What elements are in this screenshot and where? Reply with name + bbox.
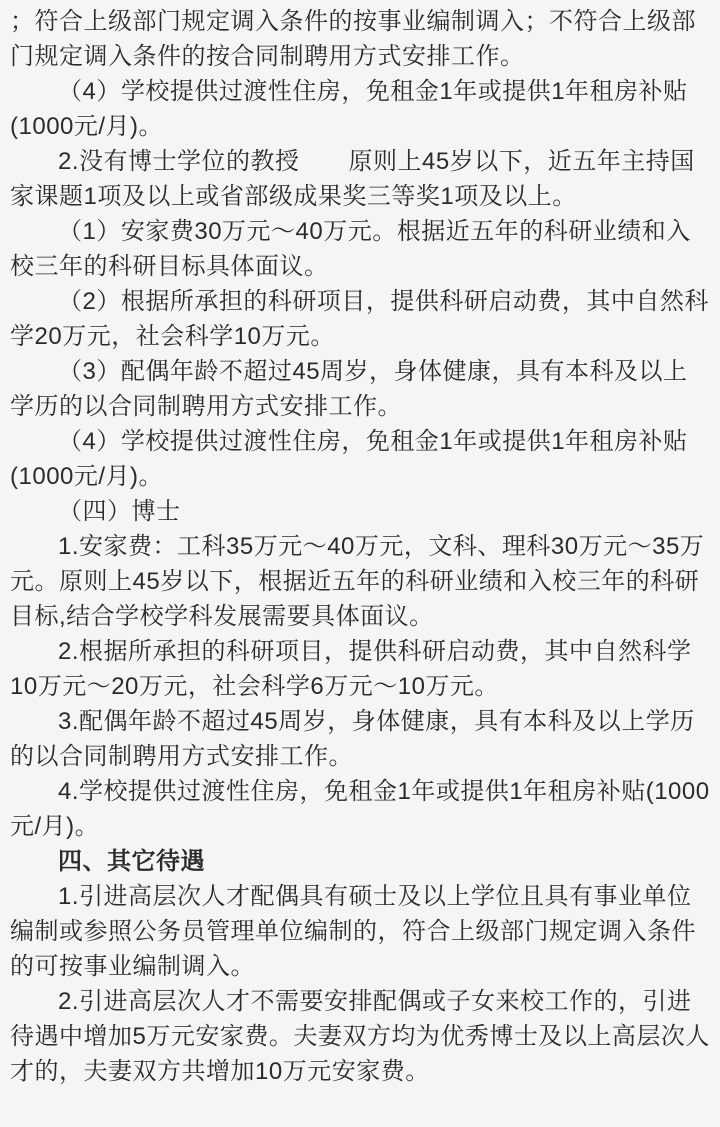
paragraph: 2.没有博士学位的教授 原则上45岁以下，近五年主持国家课题1项及以上或省部级成…	[10, 144, 710, 214]
paragraph: （4）学校提供过渡性住房，免租金1年或提供1年租房补贴(1000元/月)。	[10, 424, 710, 494]
document-body: ；符合上级部门规定调入条件的按事业编制调入；不符合上级部门规定调入条件的按合同制…	[10, 4, 710, 1089]
paragraph: 1.安家费：工科35万元～40万元，文科、理科30万元～35万元。原则上45岁以…	[10, 529, 710, 634]
sub-heading: （四）博士	[10, 494, 710, 529]
paragraph: （1）安家费30万元～40万元。根据近五年的科研业绩和入校三年的科研目标具体面议…	[10, 214, 710, 284]
paragraph: 1.引进高层次人才配偶具有硕士及以上学位且具有事业单位编制或参照公务员管理单位编…	[10, 879, 710, 984]
document-page: ；符合上级部门规定调入条件的按事业编制调入；不符合上级部门规定调入条件的按合同制…	[0, 0, 720, 1127]
paragraph: （2）根据所承担的科研项目，提供科研启动费，其中自然科学20万元，社会科学10万…	[10, 284, 710, 354]
paragraph: （4）学校提供过渡性住房，免租金1年或提供1年租房补贴(1000元/月)。	[10, 74, 710, 144]
paragraph: 2.引进高层次人才不需要安排配偶或子女来校工作的，引进待遇中增加5万元安家费。夫…	[10, 984, 710, 1089]
paragraph: 4.学校提供过渡性住房，免租金1年或提供1年租房补贴(1000元/月)。	[10, 774, 710, 844]
paragraph: 3.配偶年龄不超过45周岁，身体健康，具有本科及以上学历的以合同制聘用方式安排工…	[10, 704, 710, 774]
section-heading: 四、其它待遇	[10, 844, 710, 879]
paragraph: 2.根据所承担的科研项目，提供科研启动费，其中自然科学10万元～20万元，社会科…	[10, 634, 710, 704]
paragraph: （3）配偶年龄不超过45周岁，身体健康，具有本科及以上学历的以合同制聘用方式安排…	[10, 354, 710, 424]
paragraph: ；符合上级部门规定调入条件的按事业编制调入；不符合上级部门规定调入条件的按合同制…	[10, 4, 710, 74]
